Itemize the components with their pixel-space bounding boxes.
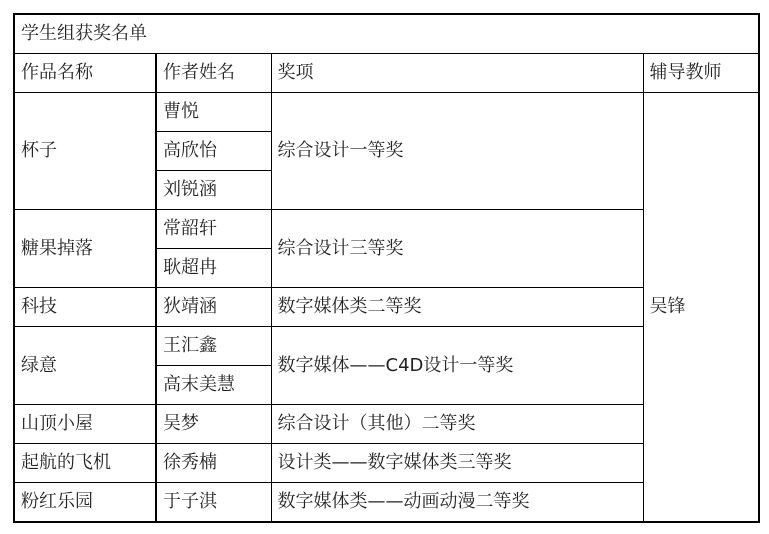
work-name: 山顶小屋 — [14, 405, 156, 444]
work-name: 绿意 — [14, 327, 156, 405]
awards-table: 学生组获奖名单 作品名称 作者姓名 奖项 辅导教师 杯子 曹悦 综合设计一等奖 … — [13, 13, 760, 523]
header-row: 作品名称 作者姓名 奖项 辅导教师 — [14, 54, 759, 93]
award-name: 综合设计一等奖 — [271, 93, 643, 210]
work-name: 粉红乐园 — [14, 483, 156, 523]
author-name: 刘锐涵 — [156, 171, 271, 210]
author-name: 王汇鑫 — [156, 327, 271, 366]
author-name: 高末美慧 — [156, 366, 271, 405]
award-name: 综合设计三等奖 — [271, 210, 643, 288]
author-name: 耿超冉 — [156, 249, 271, 288]
table-title: 学生组获奖名单 — [14, 14, 759, 54]
award-name: 综合设计（其他）二等奖 — [271, 405, 643, 444]
author-name: 常韶轩 — [156, 210, 271, 249]
author-name: 吴梦 — [156, 405, 271, 444]
header-advisor: 辅导教师 — [643, 54, 759, 93]
advisor-name: 吴锋 — [643, 93, 759, 523]
award-name: 数字媒体类——动画动漫二等奖 — [271, 483, 643, 523]
header-award: 奖项 — [271, 54, 643, 93]
author-name: 狄靖涵 — [156, 288, 271, 327]
work-name: 起航的飞机 — [14, 444, 156, 483]
work-name: 杯子 — [14, 93, 156, 210]
title-row: 学生组获奖名单 — [14, 14, 759, 54]
work-name: 糖果掉落 — [14, 210, 156, 288]
award-name: 数字媒体类二等奖 — [271, 288, 643, 327]
author-name: 高欣怡 — [156, 132, 271, 171]
award-name: 数字媒体——C4D设计一等奖 — [271, 327, 643, 405]
author-name: 曹悦 — [156, 93, 271, 132]
author-name: 徐秀楠 — [156, 444, 271, 483]
author-name: 于子淇 — [156, 483, 271, 523]
work-name: 科技 — [14, 288, 156, 327]
header-authors: 作者姓名 — [156, 54, 271, 93]
table-row: 杯子 曹悦 综合设计一等奖 吴锋 — [14, 93, 759, 132]
header-work: 作品名称 — [14, 54, 156, 93]
award-name: 设计类——数字媒体类三等奖 — [271, 444, 643, 483]
